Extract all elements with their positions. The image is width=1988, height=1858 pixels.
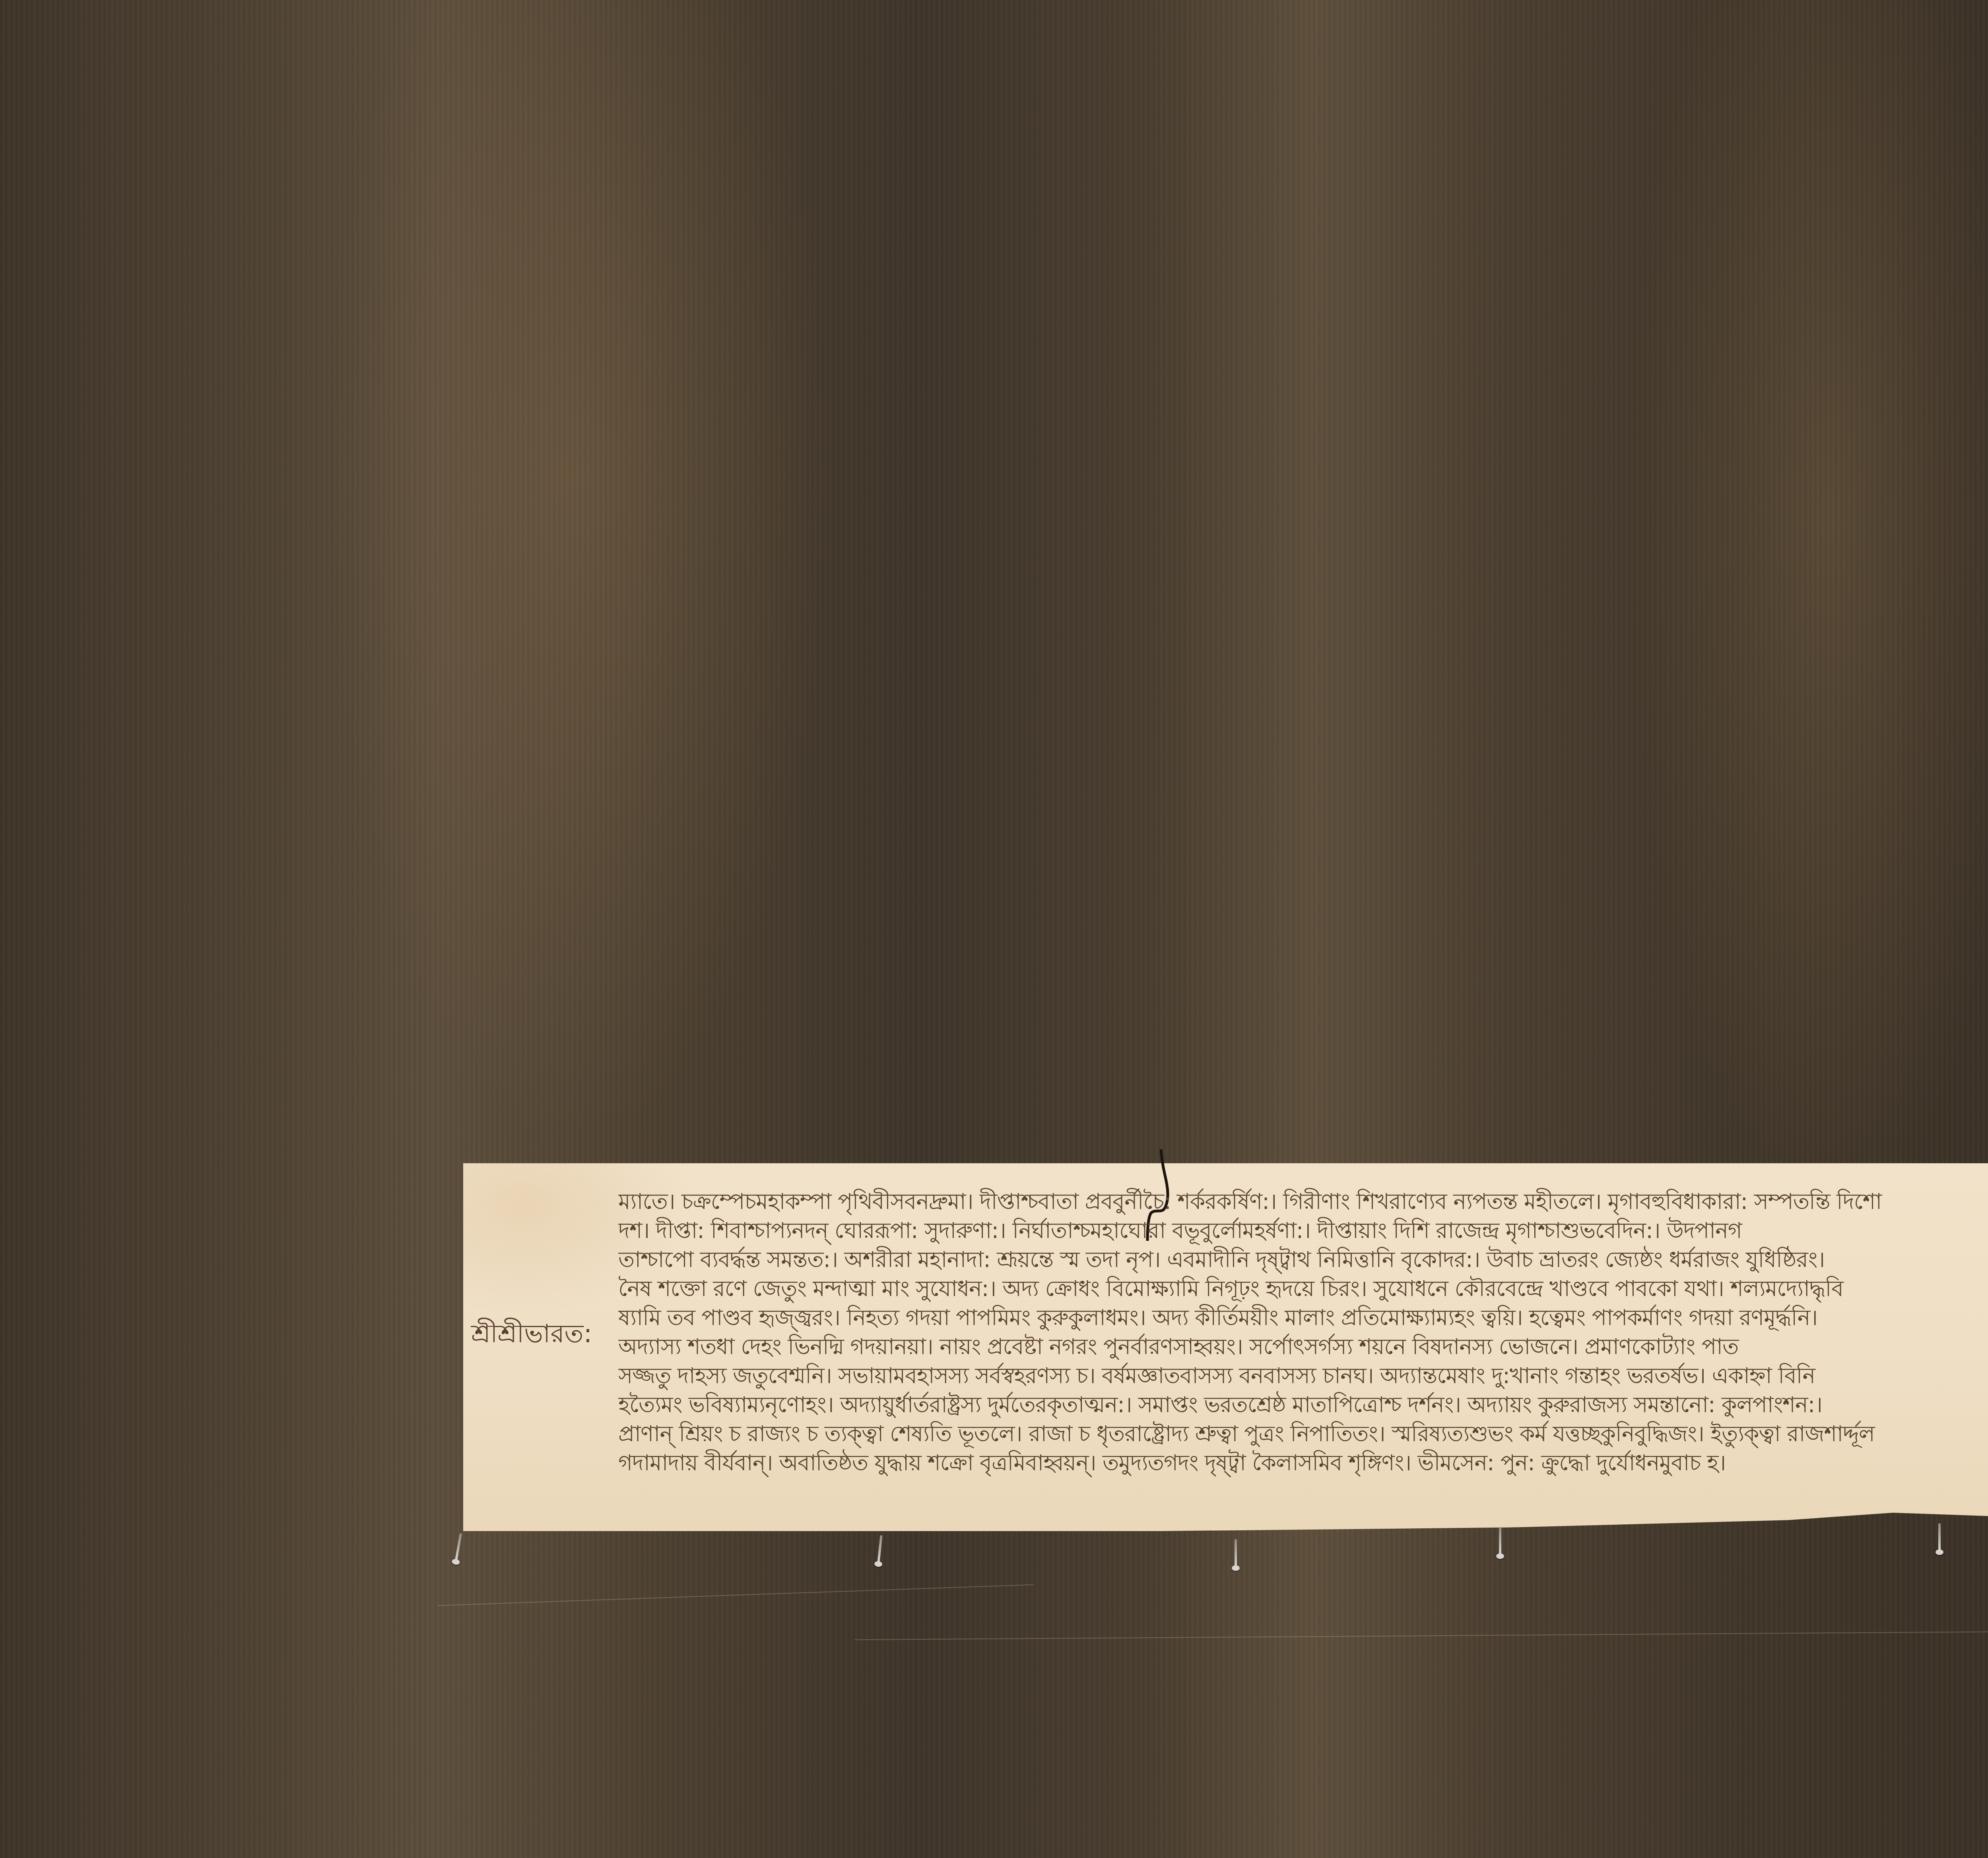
- text-line: তাশ্চাপো ব্যবর্দ্ধন্ত সমন্তত:। অশরীরা মহ…: [618, 1245, 1988, 1274]
- text-line: নৈষ শক্তো রণে জেতুং মন্দাত্মা মাং সুযোধন…: [618, 1274, 1988, 1303]
- pin-icon: [1499, 1527, 1501, 1555]
- text-line: হত্যৈমং ভবিষ্যাম্যনৃণোহং। অদ্যায়ুর্ধার্…: [618, 1390, 1988, 1419]
- text-line: দশ। দীপ্তা: শিবাশ্চাপ্যনদন্‌ ঘোররূপা: সু…: [618, 1216, 1988, 1245]
- text-line: অদ্যাস্য শতধা দেহং ভিনদ্মি গদয়ানয়া। না…: [618, 1332, 1988, 1361]
- backdrop-scratch: [855, 1630, 1988, 1640]
- pin-icon: [1235, 1539, 1237, 1567]
- backdrop: [0, 0, 1988, 1858]
- text-line: ম্যাতে। চক্রম্পেচমহাকম্পা পৃথিবীসবনদ্রুম…: [618, 1187, 1988, 1216]
- text-line: গদামাদায় বীর্যবান্‌। অবাতিষ্ঠত যুদ্ধায়…: [618, 1448, 1988, 1477]
- manuscript-text: ম্যাতে। চক্রম্পেচমহাকম্পা পৃথিবীসবনদ্রুম…: [618, 1187, 1988, 1477]
- left-margin-title: শ্রীশ্রীভারত:: [471, 1314, 592, 1357]
- pin-icon: [877, 1535, 882, 1563]
- text-line: সজ্জতু দাহস্য জতুবেশ্মনি। সভায়ামবহাসস্য…: [618, 1361, 1988, 1390]
- pin-icon: [455, 1533, 462, 1561]
- backdrop-scratch: [437, 1584, 1033, 1606]
- text-line: প্রাণান্‌ শ্রিয়ং চ রাজ্যং চ ত্যক্ত্বা শ…: [618, 1419, 1988, 1448]
- text-line: ষ্যামি তব পাণ্ডব হৃজ্জ্বরং। নিহত্য গদয়া…: [618, 1303, 1988, 1332]
- pin-icon: [1938, 1523, 1941, 1551]
